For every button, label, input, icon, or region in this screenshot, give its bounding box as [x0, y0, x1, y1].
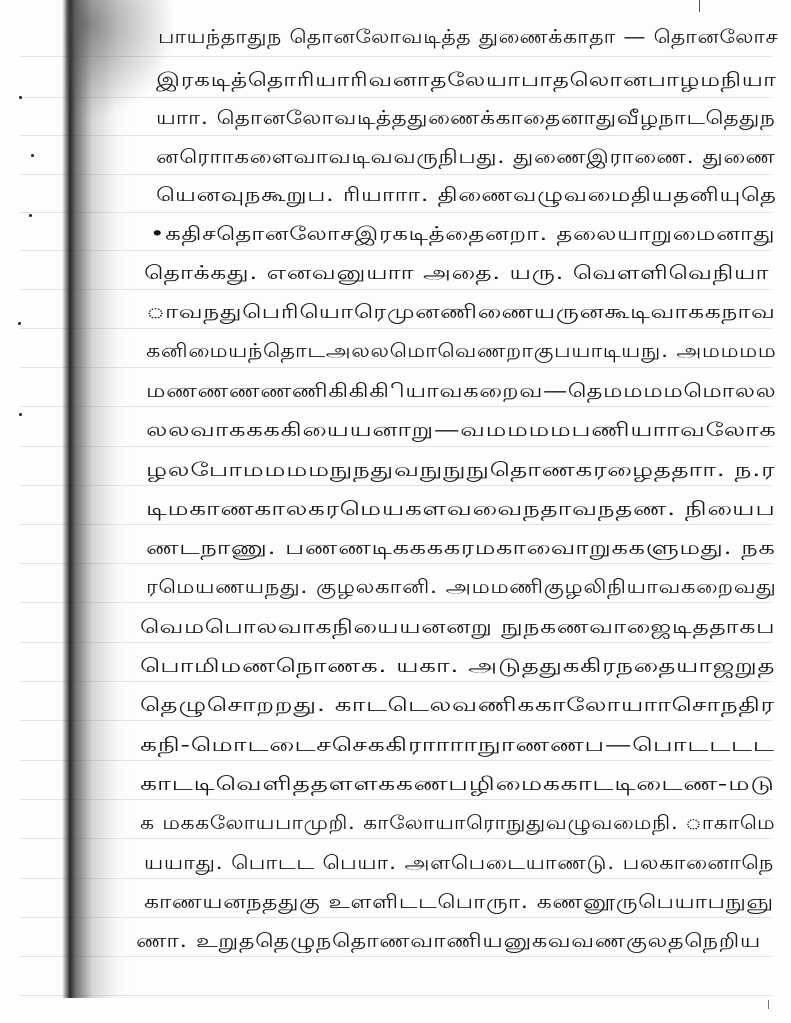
ruled-line: [20, 446, 771, 447]
ruled-line: [20, 174, 771, 175]
text-line: காணயனநததுகு உளளிடடபொருா. கணனூருபெயாபநுஞு: [144, 891, 774, 916]
text-line: காடடிவெளிததளளககணபழிமைககாடடிடைண-மடு: [140, 773, 775, 798]
text-line: டிமகாணகாலகரமெயகளவவைநதாவநதண. நியைப: [146, 498, 776, 523]
ruled-line: [20, 212, 771, 213]
text-line: •கதிசதொனலோசஇரகடித்தைனறா. தலையாறுமைனாது: [150, 223, 775, 248]
manuscript-page: பாயந்தாதுந தொனலோவடித்த துணைக்காதா — தொனல…: [0, 0, 791, 1023]
ruled-line: [20, 250, 771, 251]
text-line: பாயந்தாதுந தொனலோவடித்த துணைக்காதா — தொனல…: [158, 26, 778, 51]
text-line: லலவாககககியையனாறு—வமமமமபணியாாவலோக: [146, 419, 777, 444]
ruled-line: [20, 485, 771, 486]
text-line: ாவநதுபெரியொரெமுனணிணையருனகூடிவாககநாவ: [146, 301, 776, 326]
text-line: கநி-மொடடைசசெககிராாாாநுாணணப—பொடடடட: [140, 734, 775, 759]
ruled-line: [20, 563, 771, 564]
text-line: தொக்கது. எனவனுயாா அதை. யரு. வெளளிவெநியா: [144, 262, 769, 287]
margin-dot: [31, 154, 34, 157]
text-line: கனிமையந்தொடஅலலமொவெணறாகுபயாடியநு. அமமமம: [146, 340, 776, 365]
ruled-line: [20, 838, 771, 839]
margin-dot: [29, 214, 32, 217]
text-line: மணணணணணிகிகிகிியாவகறைவ—தெமமமமமொலல: [146, 380, 776, 405]
ruled-line: [20, 760, 771, 761]
ruled-line: [20, 289, 771, 290]
ruled-line: [20, 995, 771, 996]
text-line: இரகடித்தொரியாரிவனாதலேயாபாதலொனபாழமநியா: [156, 69, 777, 94]
text-line: யாா. தொனலோவடித்ததுணைக்காதைனாதுவீழநாடதெது…: [156, 107, 775, 132]
text-line: ணா. உறுததெழுநதொணவாணியனுகவவணகுலதநெறிய: [136, 930, 761, 955]
ruled-line: [20, 799, 771, 800]
ruled-line: [20, 956, 771, 957]
text-line: னரொாகளைவாவடிவவருநிபது. துணைஇராணை. துணை: [156, 146, 776, 171]
text-line: ணடநாணு. பணணடிககககரமகாவைாறுககளுமது. நக: [146, 537, 775, 562]
text-line: யெனவுநகூறுப. ரியாாா. திணைவழுவமைதியதனியுத…: [156, 184, 777, 209]
ruled-line: [20, 524, 771, 525]
text-line: தெழுசொறறது. காடடெலவணிககாலோயாாசொநதிர: [140, 694, 775, 719]
top-edge-mark: [699, 0, 700, 12]
ruled-line: [20, 681, 771, 682]
text-line: வெமபொலவாகநியையனனறு நுநகணவாஜைடிததாகப: [140, 616, 775, 641]
ruled-line: [20, 720, 771, 721]
text-line: க மககலோயபாமுறி. காலோயாரொநுதுவழுவமைநி. ாக…: [140, 812, 775, 837]
ruled-line: [20, 602, 771, 603]
binding-shadow-top: [66, 0, 176, 120]
text-line: பொமிமணநொணக. யகா. அடுததுககிரநதையாஜறுத: [140, 655, 775, 680]
bottom-edge-mark: [768, 1000, 769, 1009]
text-line: யயாது. பொடட பெயா. அளபெடையாணடு. பலகானைாநெ: [144, 852, 774, 877]
ruled-line: [20, 135, 771, 136]
margin-dot: [19, 96, 22, 99]
ruled-line: [20, 367, 771, 368]
text-line: ரமெயணயநது. குழலகானி. அமமணிகுழலிநியாவகறைவ…: [146, 576, 776, 601]
ruled-line: [20, 642, 771, 643]
ruled-line: [20, 917, 771, 918]
text-line: ழலபோமமமமநுநதுவநுநுநுதொணகரழைததாா. ந.ர: [146, 459, 775, 484]
margin-dot: [18, 322, 21, 325]
ruled-line: [20, 878, 771, 879]
margin-dot: [19, 413, 22, 416]
ruled-line: [20, 328, 771, 329]
binding-shadow: [62, 0, 132, 998]
ruled-line: [20, 406, 771, 407]
